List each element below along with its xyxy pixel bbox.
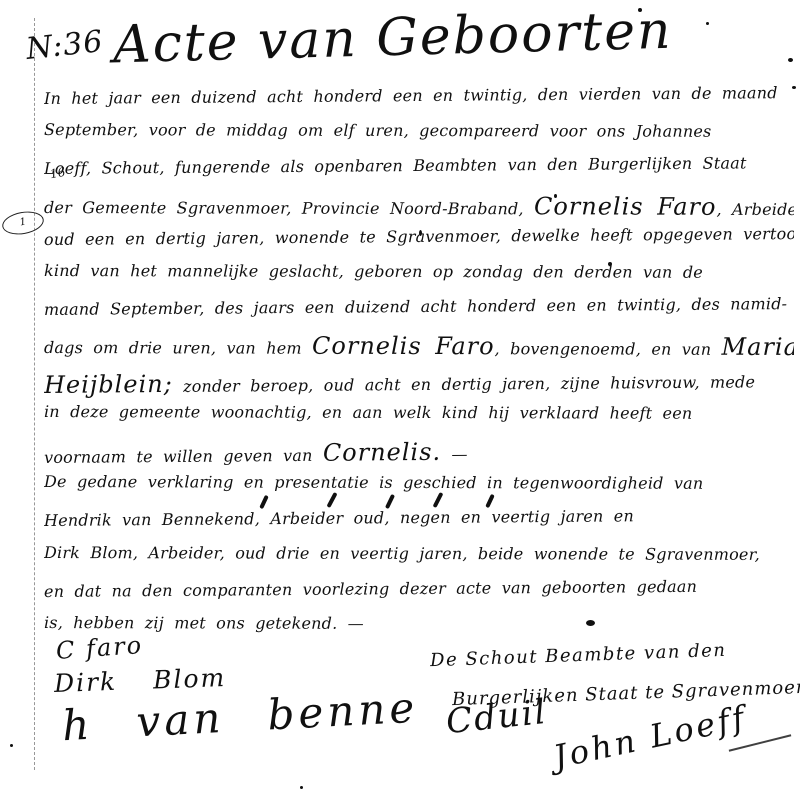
ink-speck (586, 620, 595, 626)
handwritten-line: is, hebben zij met ons getekend. — (44, 613, 794, 634)
handwritten-line: en dat na den comparanten voorlezing dez… (44, 576, 794, 601)
handwritten-line: oud een en dertig jaren, wonende te Sgra… (44, 224, 794, 249)
handwritten-line: kind van het mannelijke geslacht, gebore… (44, 261, 794, 282)
ink-speck (10, 744, 13, 747)
handwritten-line: maand September, des jaars een duizend a… (44, 294, 794, 319)
handwritten-text: Dirk Blom, Arbeider, oud drie en veertig… (44, 543, 760, 564)
ink-stroke (433, 492, 444, 508)
ink-speck (300, 786, 303, 789)
handwritten-line: September, voor de middag om elf uren, g… (44, 120, 794, 141)
handwritten-text: voornaam te willen geven van (44, 446, 323, 467)
handwritten-name-emphasis: Cornelis. (323, 438, 441, 467)
marginal-oval-mark: 1 (0, 209, 45, 238)
handwritten-text: kind van het mannelijke geslacht, gebore… (44, 261, 703, 282)
handwritten-line: dags om drie uren, van hem Cornelis Faro… (44, 331, 794, 361)
handwritten-text: der Gemeente Sgravenmoer, Provincie Noor… (44, 198, 534, 218)
handwritten-text: is, hebben zij met ons getekend. — (44, 613, 364, 633)
handwritten-line: in deze gemeente woonachtig, en aan welk… (44, 402, 794, 423)
ink-stroke (385, 494, 395, 509)
handwritten-line: voornaam te willen geven van Cornelis. — (44, 435, 794, 469)
handwritten-text: — (441, 445, 468, 464)
handwritten-line: Heijblein; zonder beroep, oud acht en de… (44, 365, 794, 399)
handwritten-line: De gedane verklaring en presentatie is g… (44, 472, 794, 493)
document-header: N:36Acte van Geboorten (26, 8, 673, 68)
handwritten-line: Hendrik van Bennekend, Arbeider oud, neg… (44, 505, 794, 530)
handwritten-text: Hendrik van Bennekend, Arbeider oud, neg… (44, 506, 634, 530)
handwritten-line: der Gemeente Sgravenmoer, Provincie Noor… (44, 191, 794, 221)
handwritten-name-emphasis: Maria (722, 333, 794, 361)
ink-speck (638, 8, 642, 12)
handwritten-name-emphasis: Cornelis Faro (312, 332, 495, 360)
handwritten-name-emphasis: Cornelis Faro (534, 192, 717, 220)
handwritten-text: maand September, des jaars een duizend a… (44, 294, 787, 319)
handwritten-text: en dat na den comparanten voorlezing dez… (44, 577, 697, 601)
ink-stroke (326, 492, 337, 508)
handwritten-text: in deze gemeente woonachtig, en aan welk… (44, 402, 692, 423)
handwritten-name-emphasis: Heijblein; (44, 370, 173, 399)
ink-speck (608, 262, 612, 266)
act-number: N:36 (24, 24, 105, 67)
ink-speck (554, 194, 557, 198)
document-title: Acte van Geboorten (113, 1, 674, 76)
scanned-birth-certificate: N:36Acte van Geboorten 16 1 In het jaar … (0, 0, 800, 800)
handwritten-text: September, voor de middag om elf uren, g… (44, 120, 712, 141)
handwritten-text: , bovengenoemd, en van (495, 339, 722, 359)
ink-speck (419, 230, 422, 236)
signature-john-loeff: John Loeff (550, 698, 750, 776)
ink-stroke (485, 494, 495, 508)
handwritten-text: In het jaar een duizend acht honderd een… (44, 83, 778, 108)
signature-c-faro: C faro (55, 631, 144, 665)
handwritten-line: In het jaar een duizend acht honderd een… (44, 83, 794, 108)
handwritten-text: zonder beroep, oud acht en dertig jaren,… (173, 372, 756, 396)
official-caption-line-1: De Schout Beambte van den (430, 640, 727, 671)
handwritten-text: oud een en dertig jaren, wonende te Sgra… (44, 224, 794, 249)
handwritten-text: De gedane verklaring en presentatie is g… (44, 472, 703, 493)
margin-rule-line (34, 18, 35, 770)
ink-speck (792, 86, 796, 89)
handwritten-line: Dirk Blom, Arbeider, oud drie en veertig… (44, 543, 794, 564)
handwritten-text: , Arbeider, (716, 200, 794, 219)
signature-dirk-blom: Dirk Blom (54, 663, 227, 698)
ink-speck (706, 22, 709, 25)
ink-stroke (259, 495, 269, 509)
ink-speck (788, 58, 793, 62)
handwritten-line: Loeff, Schout, fungerende als openbaren … (44, 153, 794, 178)
handwritten-text: dags om drie uren, van hem (44, 338, 312, 358)
handwritten-text: Loeff, Schout, fungerende als openbaren … (44, 153, 747, 178)
